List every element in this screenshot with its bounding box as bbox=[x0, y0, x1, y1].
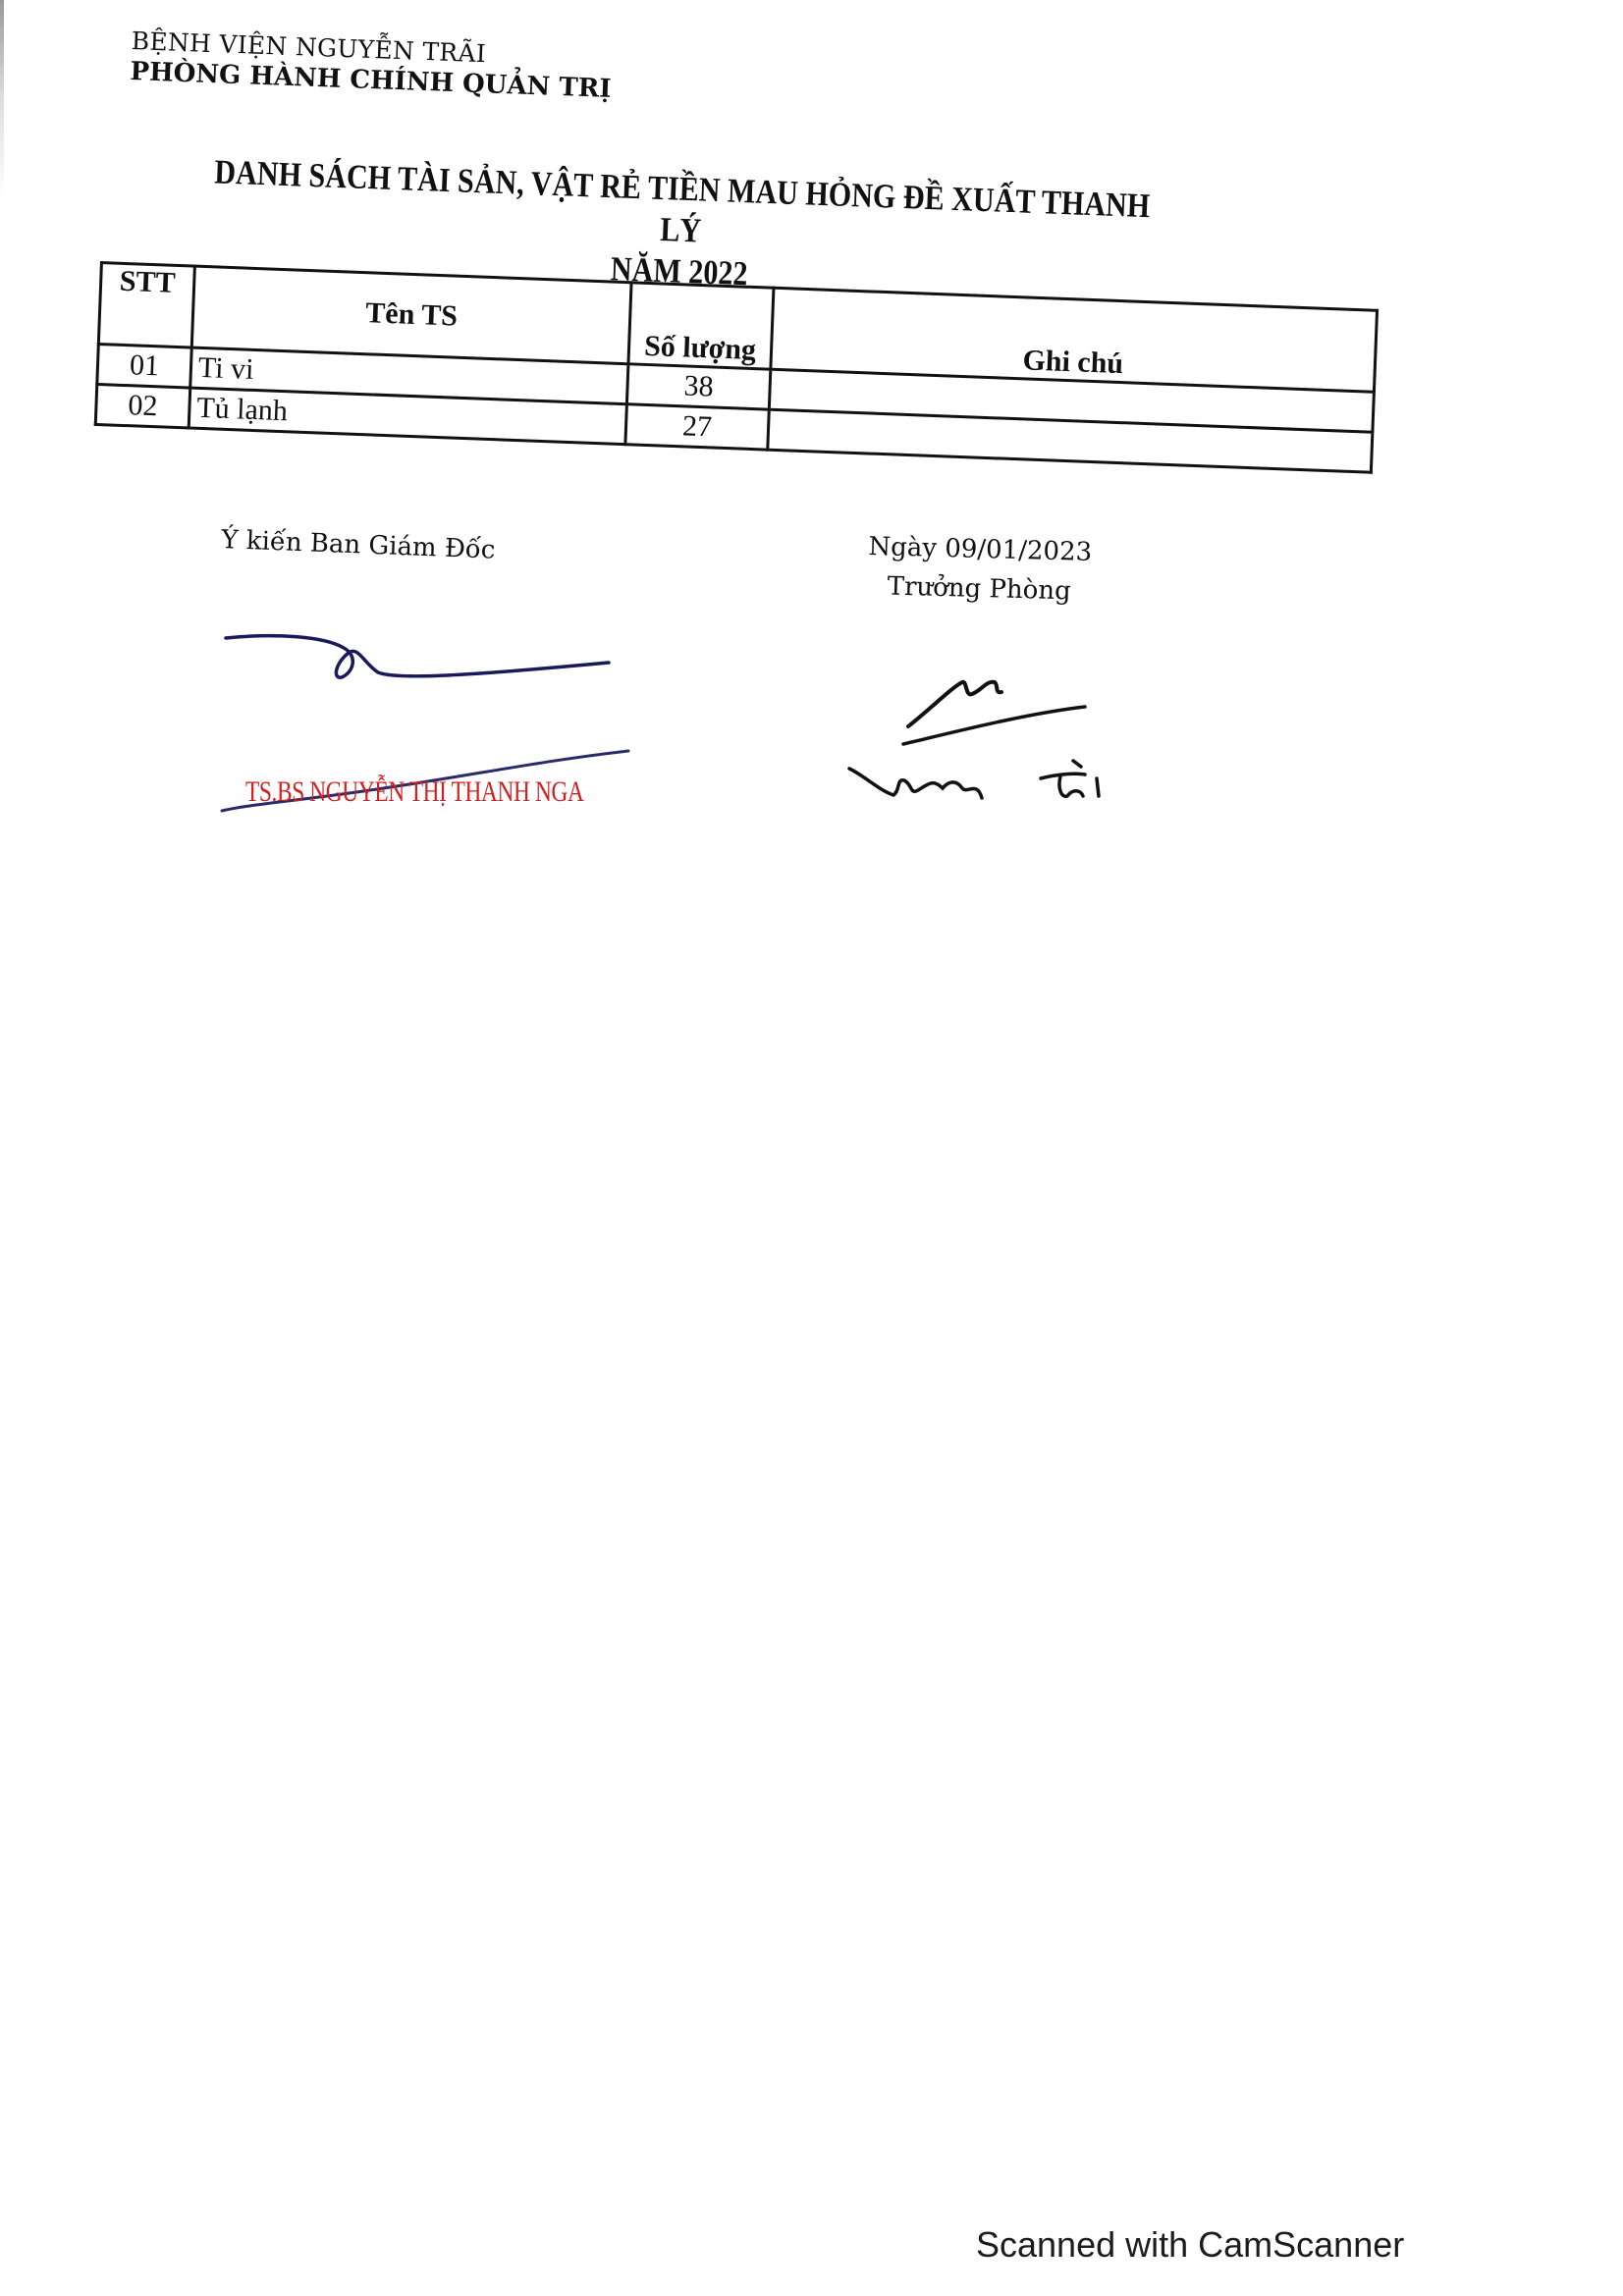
organization-header: BỆNH VIỆN NGUYỄN TRÃI PHÒNG HÀNH CHÍNH Q… bbox=[130, 27, 613, 104]
scan-edge-shadow bbox=[0, 0, 4, 196]
director-name-stamp: TS.BS NGUYỄN THỊ THANH NGA bbox=[245, 775, 584, 809]
cell-stt: 01 bbox=[97, 344, 191, 388]
signer-title: Trưởng Phòng bbox=[867, 566, 1092, 612]
cell-quantity: 38 bbox=[626, 364, 770, 409]
board-opinion-label: Ý kiến Ban Giám Đốc bbox=[221, 525, 496, 565]
head-signature-icon bbox=[839, 653, 1134, 820]
signer-block: Ngày 09/01/2023 Trưởng Phòng bbox=[867, 527, 1093, 612]
cell-quantity: 27 bbox=[625, 404, 769, 450]
asset-table: STT Tên TS Số lượng Ghi chú 01 Ti vi 38 … bbox=[94, 261, 1379, 474]
camscanner-watermark: Scanned with CamScanner bbox=[976, 2224, 1404, 2266]
signing-date: Ngày 09/01/2023 bbox=[868, 527, 1093, 572]
cell-stt: 02 bbox=[95, 384, 189, 428]
col-stt: STT bbox=[98, 263, 194, 348]
col-quantity: Số lượng bbox=[628, 283, 774, 369]
